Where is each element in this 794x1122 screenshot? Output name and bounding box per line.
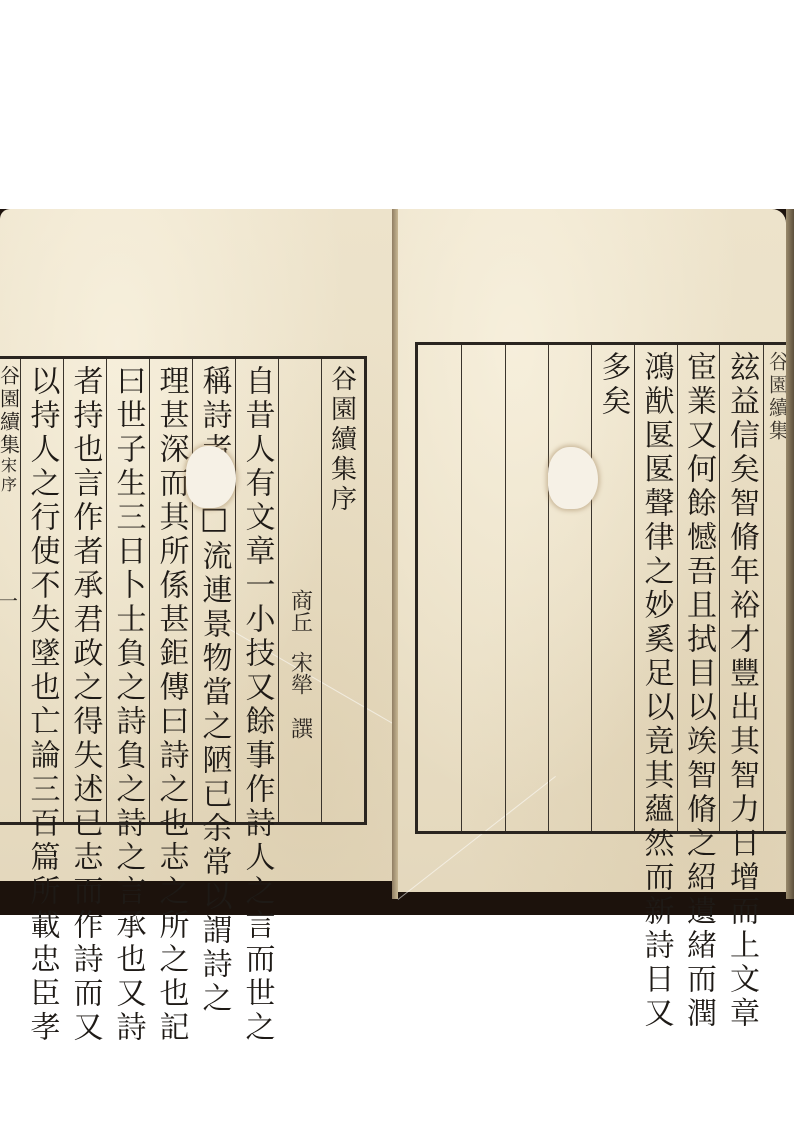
right-page-frame: 多矣 鴻猷匽匽聲律之妙奚足以竟其蘊然而新詩日又 宦業又何餘憾吾且拭目以竢智脩之紹… [415, 342, 787, 834]
author-column: 商丘 宋犖 譔 [278, 359, 321, 822]
column-text: 玆益信矣智脩年裕才豐出其智力日增而上文章 [720, 351, 763, 1031]
text-column-2: 宦業又何餘憾吾且拭目以竢智脩之紹遺緒而潤 [677, 345, 719, 831]
text-column-4: 曰世子生三日卜士負之詩負之詩之言承也又詩 [106, 359, 149, 822]
column-text: 宦業又何餘憾吾且拭目以竢智脩之紹遺緒而潤 [677, 351, 720, 1031]
left-page-frame: 谷園續集 宋序 一 以持人之行使不失墜也亡論三百篇所載忠臣孝 者持也言作者承君政… [0, 356, 367, 825]
book-right-edge [786, 209, 794, 899]
empty-column [418, 345, 461, 831]
paper-hole [548, 447, 598, 509]
text-column-1: 自昔人有文章一小技又餘事作詩人之言而世之 [235, 359, 278, 822]
text-column-2: 稱詩者乃□流連景物當之陋已余常以謂詩之 [192, 359, 235, 822]
left-page: 谷園續集 宋序 一 以持人之行使不失墜也亡論三百篇所載忠臣孝 者持也言作者承君政… [0, 209, 392, 881]
column-text: 曰世子生三日卜士負之詩負之詩之言承也又詩 [107, 365, 150, 1045]
column-text: 多矣 [592, 351, 635, 419]
book-scan: 谷園續集 宋序 一 以持人之行使不失墜也亡論三百篇所載忠臣孝 者持也言作者承君政… [0, 209, 794, 915]
text-column-6: 以持人之行使不失墜也亡論三百篇所載忠臣孝 [20, 359, 63, 822]
paper-hole [186, 446, 236, 508]
text-column-3: 鴻猷匽匽聲律之妙奚足以竟其蘊然而新詩日又 [634, 345, 677, 831]
author-place: 商丘 [285, 589, 316, 633]
author-verb: 譔 [285, 717, 316, 739]
empty-column [461, 345, 505, 831]
page-number: 一 [0, 585, 18, 614]
column-text: 自昔人有文章一小技又餘事作詩人之言而世之 [236, 365, 279, 1045]
empty-column [505, 345, 548, 831]
column-text: 鴻猷匽匽聲律之妙奚足以竟其蘊然而新詩日又 [635, 351, 678, 1031]
empty-column [548, 345, 591, 831]
author-name: 宋犖 [285, 651, 316, 695]
preface-title: 谷園續集序 [322, 365, 362, 515]
column-text: 者持也言作者承君政之得失述已志而作詩而又 [64, 365, 107, 1045]
text-column-3: 理甚深而其所係甚鉅傳曰詩之也志之所之也記 [149, 359, 192, 822]
column-text: 以持人之行使不失墜也亡論三百篇所載忠臣孝 [21, 365, 64, 1045]
right-page: 多矣 鴻猷匽匽聲律之妙奚足以竟其蘊然而新詩日又 宦業又何餘憾吾且拭目以竢智脩之紹… [398, 209, 786, 892]
text-column-4: 多矣 [591, 345, 634, 831]
text-column-5: 者持也言作者承君政之得失述已志而作詩而又 [63, 359, 106, 822]
title-column: 谷園續集序 [321, 359, 361, 822]
banxin-column: 谷園續集 宋序 一 [0, 359, 20, 822]
author-line: 商丘 宋犖 譔 [285, 589, 316, 739]
